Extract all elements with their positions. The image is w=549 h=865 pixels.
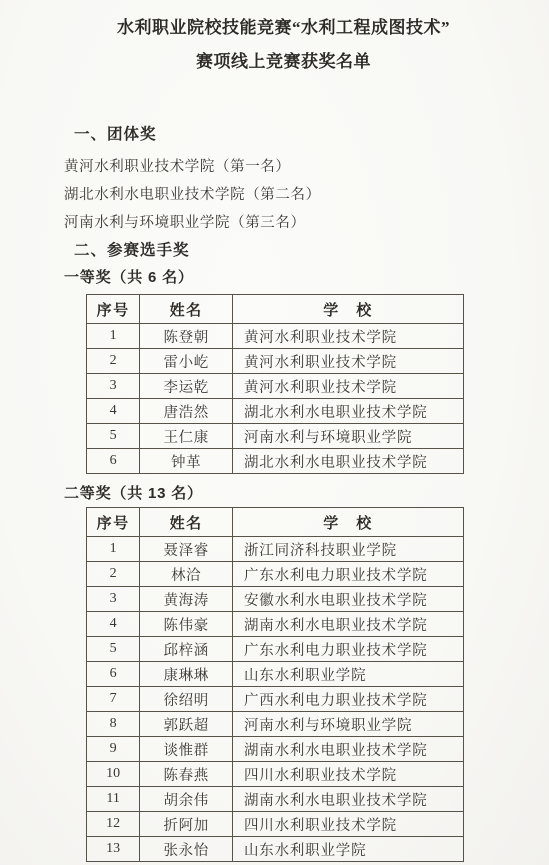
table-cell: 郭跃超 bbox=[140, 712, 233, 737]
first-prize-label: 一等奖（共 6 名） bbox=[64, 267, 505, 289]
table-cell: 湖南水利水电职业技术学院 bbox=[232, 612, 463, 637]
table-row: 4唐浩然湖北水利水电职业技术学院 bbox=[87, 399, 464, 424]
table-cell: 四川水利职业技术学院 bbox=[232, 812, 463, 837]
document-title-line2: 赛项线上竞赛获奖名单 bbox=[62, 45, 505, 79]
scanned-document: 水利职业院校技能竞赛“水利工程成图技术” 赛项线上竞赛获奖名单 一、团体奖 黄河… bbox=[0, 0, 549, 865]
table-cell: 聂泽睿 bbox=[140, 537, 233, 562]
table-cell: 13 bbox=[87, 837, 140, 862]
table-cell: 1 bbox=[87, 324, 140, 349]
table-cell: 浙江同济科技职业学院 bbox=[232, 537, 463, 562]
table-cell: 1 bbox=[87, 537, 140, 562]
table-row: 5王仁康河南水利与环境职业学院 bbox=[87, 424, 464, 449]
table-row: 3李运乾黄河水利职业技术学院 bbox=[87, 374, 464, 399]
table-cell: 黄海涛 bbox=[140, 587, 233, 612]
table-row: 5邱梓涵广东水利电力职业技术学院 bbox=[87, 637, 464, 662]
team-winner-line-1: 黄河水利职业技术学院（第一名） bbox=[64, 153, 505, 181]
table-cell: 10 bbox=[87, 762, 140, 787]
table-cell: 折阿加 bbox=[140, 812, 233, 837]
table-cell: 5 bbox=[87, 637, 140, 662]
table-cell: 广东水利电力职业技术学院 bbox=[232, 562, 463, 587]
table-cell: 湖南水利水电职业技术学院 bbox=[232, 787, 463, 812]
table-cell: 河南水利与环境职业学院 bbox=[232, 424, 463, 449]
table-cell: 徐绍明 bbox=[140, 687, 233, 712]
table-cell: 4 bbox=[87, 612, 140, 637]
table-header-row: 序号姓名学 校 bbox=[87, 508, 464, 537]
table-cell: 湖北水利水电职业技术学院 bbox=[232, 399, 463, 424]
table-cell: 胡余伟 bbox=[140, 787, 233, 812]
table-cell: 雷小屹 bbox=[140, 349, 233, 374]
table-row: 3黄海涛安徽水利水电职业技术学院 bbox=[87, 587, 464, 612]
table-row: 8郭跃超河南水利与环境职业学院 bbox=[87, 712, 464, 737]
table-cell: 7 bbox=[87, 687, 140, 712]
team-winner-line-2: 湖北水利水电职业技术学院（第二名） bbox=[64, 181, 505, 209]
team-winner-list: 黄河水利职业技术学院（第一名） 湖北水利水电职业技术学院（第二名） 河南水利与环… bbox=[62, 153, 505, 237]
document-title: 水利职业院校技能竞赛“水利工程成图技术” 赛项线上竞赛获奖名单 bbox=[62, 0, 505, 79]
table-cell: 邱梓涵 bbox=[140, 637, 233, 662]
table-cell: 四川水利职业技术学院 bbox=[232, 762, 463, 787]
table-cell: 9 bbox=[87, 737, 140, 762]
table-cell: 陈春燕 bbox=[140, 762, 233, 787]
table-cell: 陈伟豪 bbox=[140, 612, 233, 637]
table-row: 10陈春燕四川水利职业技术学院 bbox=[87, 762, 464, 787]
column-header: 学 校 bbox=[232, 508, 463, 537]
column-header: 姓名 bbox=[140, 295, 233, 324]
table-cell: 唐浩然 bbox=[140, 399, 233, 424]
table-cell: 4 bbox=[87, 399, 140, 424]
table-cell: 广东水利电力职业技术学院 bbox=[232, 637, 463, 662]
table-cell: 山东水利职业学院 bbox=[232, 837, 463, 862]
table-cell: 钟革 bbox=[140, 449, 233, 474]
table-cell: 湖北水利水电职业技术学院 bbox=[232, 449, 463, 474]
table-cell: 安徽水利水电职业技术学院 bbox=[232, 587, 463, 612]
table-header-row: 序号姓名学 校 bbox=[87, 295, 464, 324]
table-cell: 8 bbox=[87, 712, 140, 737]
table-row: 13张永怡山东水利职业学院 bbox=[87, 837, 464, 862]
second-prize-label: 二等奖（共 13 名） bbox=[64, 483, 505, 505]
table-cell: 山东水利职业学院 bbox=[232, 662, 463, 687]
document-content: 水利职业院校技能竞赛“水利工程成图技术” 赛项线上竞赛获奖名单 一、团体奖 黄河… bbox=[62, 0, 505, 862]
second-prize-table: 序号姓名学 校 1聂泽睿浙江同济科技职业学院2林洽广东水利电力职业技术学院3黄海… bbox=[86, 507, 464, 862]
table-row: 9谈惟群湖南水利水电职业技术学院 bbox=[87, 737, 464, 762]
table-cell: 3 bbox=[87, 374, 140, 399]
table-row: 6康琳琳山东水利职业学院 bbox=[87, 662, 464, 687]
table-cell: 陈登朝 bbox=[140, 324, 233, 349]
table-row: 7徐绍明广西水利电力职业技术学院 bbox=[87, 687, 464, 712]
team-award-heading: 一、团体奖 bbox=[74, 125, 505, 145]
table-cell: 林洽 bbox=[140, 562, 233, 587]
table-cell: 6 bbox=[87, 449, 140, 474]
table-cell: 2 bbox=[87, 349, 140, 374]
table-cell: 黄河水利职业技术学院 bbox=[232, 349, 463, 374]
table-row: 11胡余伟湖南水利水电职业技术学院 bbox=[87, 787, 464, 812]
table-cell: 12 bbox=[87, 812, 140, 837]
table-cell: 广西水利电力职业技术学院 bbox=[232, 687, 463, 712]
table-cell: 2 bbox=[87, 562, 140, 587]
table-cell: 11 bbox=[87, 787, 140, 812]
table-cell: 黄河水利职业技术学院 bbox=[232, 324, 463, 349]
team-winner-line-3: 河南水利与环境职业学院（第三名） bbox=[64, 209, 505, 237]
table-row: 2林洽广东水利电力职业技术学院 bbox=[87, 562, 464, 587]
column-header: 序号 bbox=[87, 508, 140, 537]
table-cell: 河南水利与环境职业学院 bbox=[232, 712, 463, 737]
table-cell: 王仁康 bbox=[140, 424, 233, 449]
table-cell: 黄河水利职业技术学院 bbox=[232, 374, 463, 399]
table-cell: 李运乾 bbox=[140, 374, 233, 399]
document-title-line1: 水利职业院校技能竞赛“水利工程成图技术” bbox=[62, 11, 505, 45]
column-header: 姓名 bbox=[140, 508, 233, 537]
table-cell: 5 bbox=[87, 424, 140, 449]
table-cell: 3 bbox=[87, 587, 140, 612]
table-row: 4陈伟豪湖南水利水电职业技术学院 bbox=[87, 612, 464, 637]
first-prize-table: 序号姓名学 校 1陈登朝黄河水利职业技术学院2雷小屹黄河水利职业技术学院3李运乾… bbox=[86, 294, 464, 474]
table-row: 1陈登朝黄河水利职业技术学院 bbox=[87, 324, 464, 349]
column-header: 学 校 bbox=[232, 295, 463, 324]
column-header: 序号 bbox=[87, 295, 140, 324]
table-row: 12折阿加四川水利职业技术学院 bbox=[87, 812, 464, 837]
table-row: 1聂泽睿浙江同济科技职业学院 bbox=[87, 537, 464, 562]
table-row: 6钟革湖北水利水电职业技术学院 bbox=[87, 449, 464, 474]
table-cell: 康琳琳 bbox=[140, 662, 233, 687]
table-cell: 谈惟群 bbox=[140, 737, 233, 762]
table-cell: 湖南水利水电职业技术学院 bbox=[232, 737, 463, 762]
individual-award-heading: 二、参赛选手奖 bbox=[74, 241, 505, 261]
table-row: 2雷小屹黄河水利职业技术学院 bbox=[87, 349, 464, 374]
table-cell: 张永怡 bbox=[140, 837, 233, 862]
table-cell: 6 bbox=[87, 662, 140, 687]
